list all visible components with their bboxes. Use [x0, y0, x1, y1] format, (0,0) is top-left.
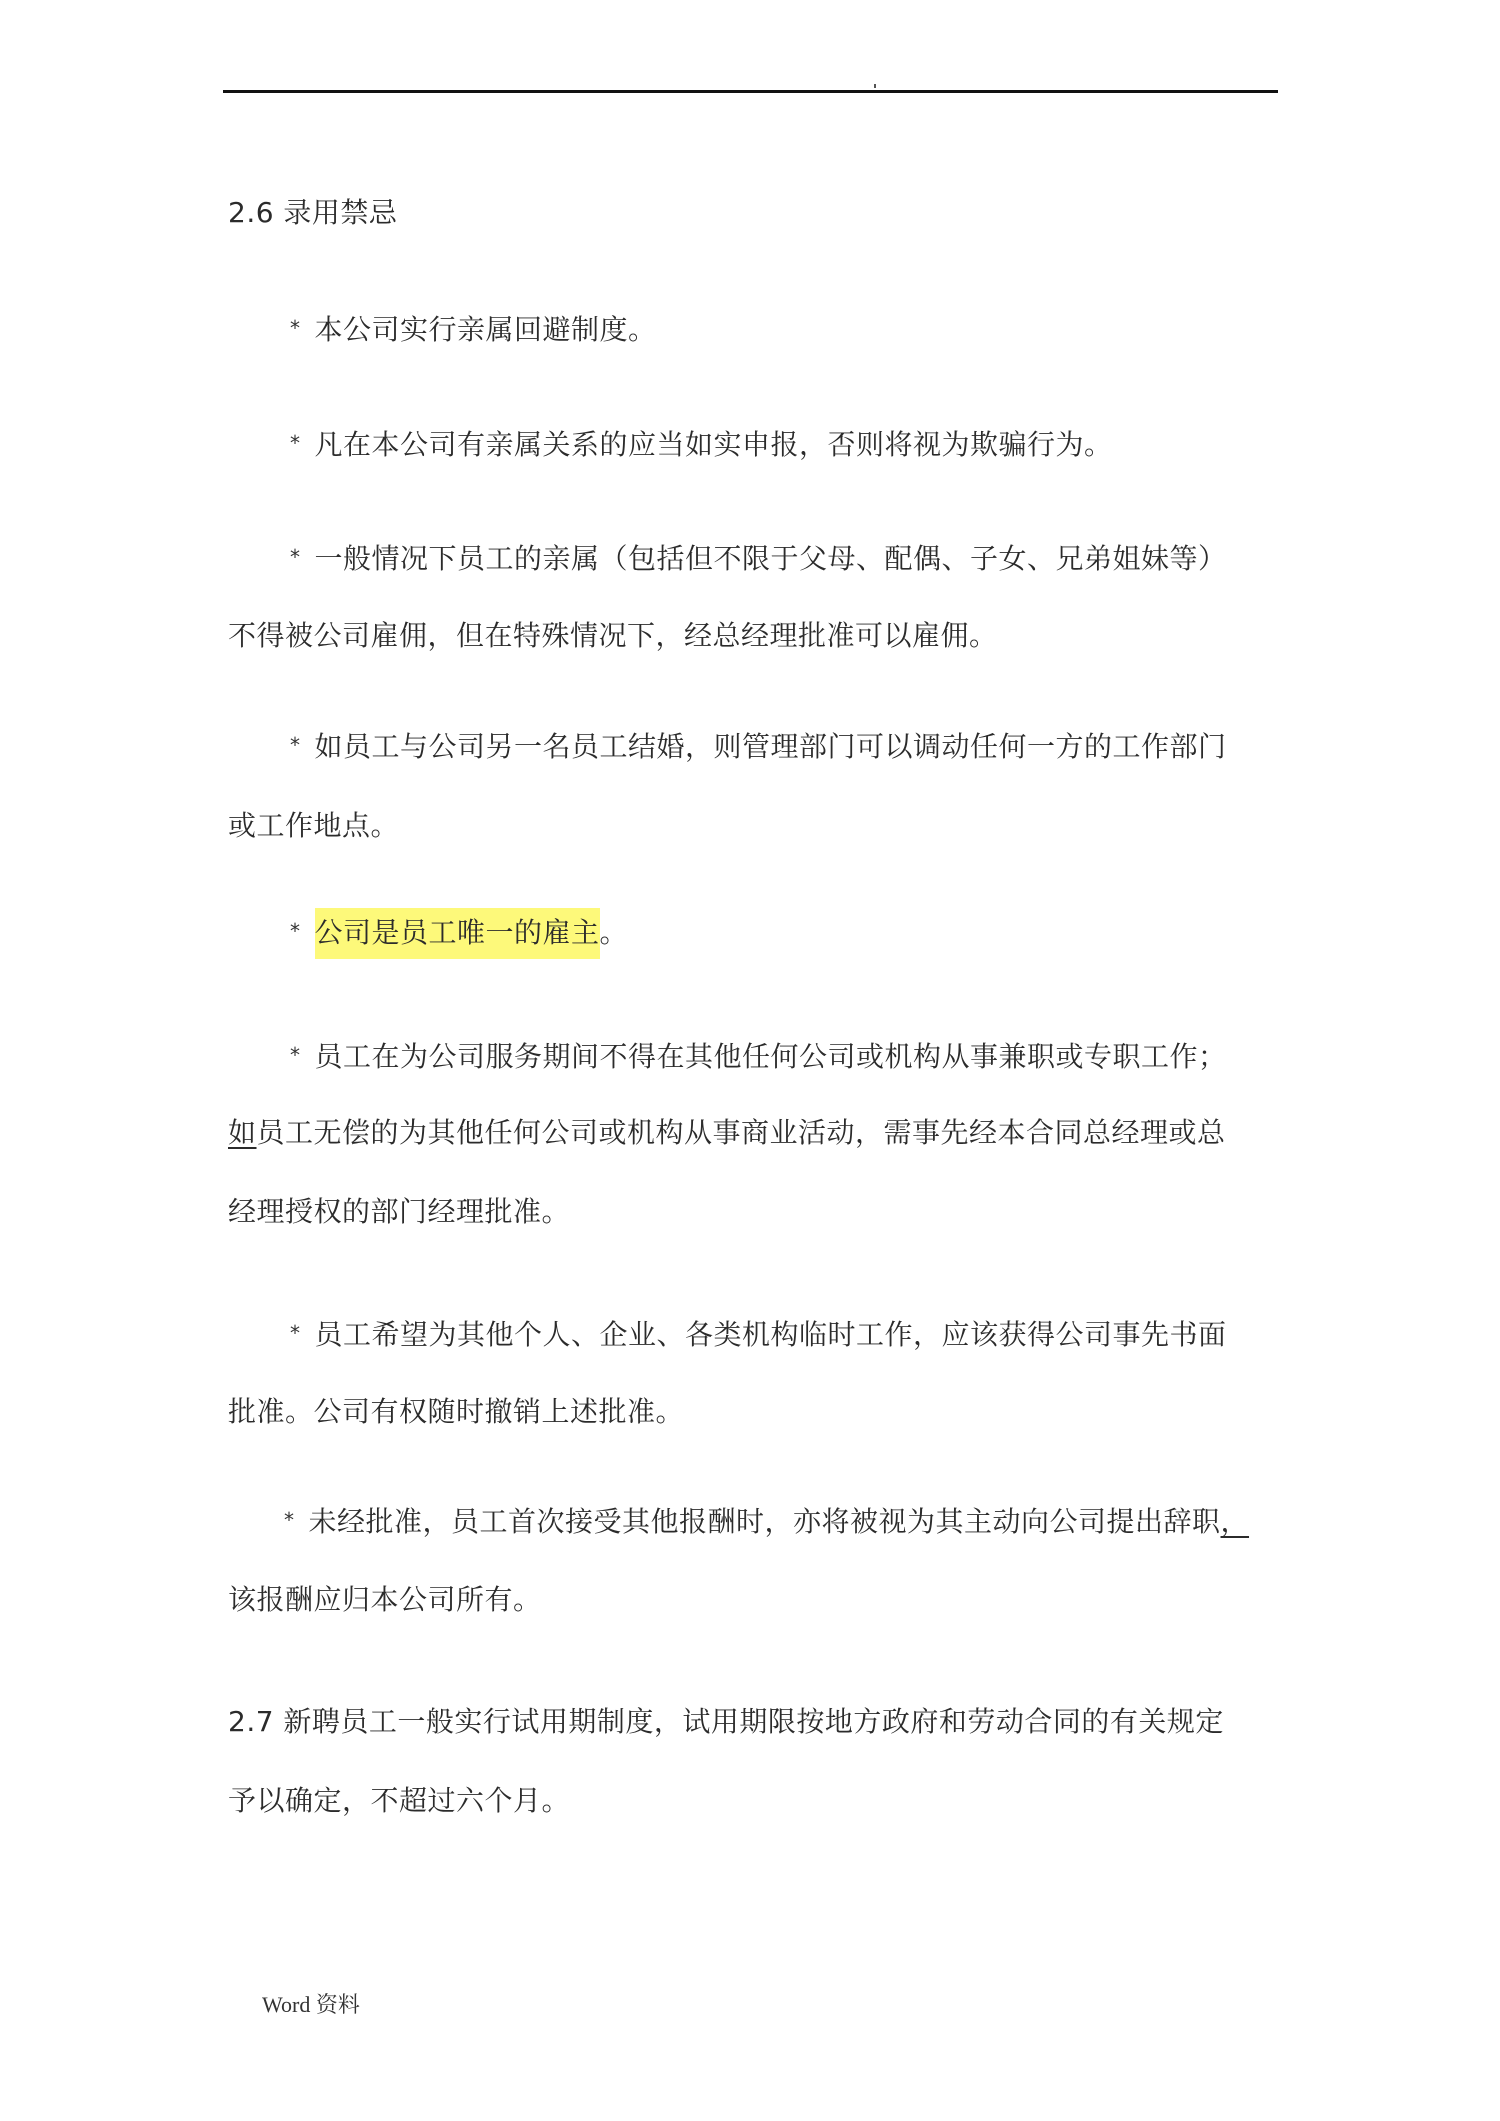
list-item: *未经批准，员工首次接受其他报酬时，亦将被视为其主动向公司提出辞职， [284, 1502, 1249, 1540]
list-item-text: 员工无偿的为其他任何公司或机构从事商业活动，需事先经本合同总经理或总 [257, 1116, 1226, 1149]
list-item-continuation: 或工作地点。 [228, 808, 399, 844]
header-dot [874, 84, 876, 88]
bullet-star-icon: * [290, 425, 301, 461]
list-item-text: 凡在本公司有亲属关系的应当如实申报，否则将视为欺骗行为。 [315, 428, 1113, 461]
footer-label: Word 资料 [262, 1988, 360, 2019]
highlighted-text[interactable]: 公司是员工唯一的雇主 [315, 908, 600, 959]
underlined-comma: ， [1221, 1505, 1250, 1538]
list-item: *一般情况下员工的亲属（包括但不限于父母、配偶、子女、兄弟姐妹等） [290, 539, 1227, 577]
list-item: *如员工与公司另一名员工结婚，则管理部门可以调动任何一方的工作部门 [290, 727, 1227, 765]
bullet-star-icon: * [284, 1502, 295, 1538]
list-item-text: 如员工与公司另一名员工结婚，则管理部门可以调动任何一方的工作部门 [315, 730, 1227, 763]
bullet-star-icon: * [290, 1037, 301, 1073]
bullet-star-icon: * [290, 310, 301, 346]
list-item-continuation: 批准。公司有权随时撤销上述批准。 [228, 1394, 684, 1430]
list-item-continuation: 如员工无偿的为其他任何公司或机构从事商业活动，需事先经本合同总经理或总 [228, 1115, 1226, 1151]
list-item-continuation: 该报酬应归本公司所有。 [228, 1582, 542, 1618]
underlined-char: 如 [228, 1116, 257, 1149]
list-item-text: 员工希望为其他个人、企业、各类机构临时工作，应该获得公司事先书面 [315, 1318, 1227, 1351]
bullet-star-icon: * [290, 1315, 301, 1351]
bullet-star-icon: * [290, 727, 301, 763]
bullet-star-icon: * [290, 913, 301, 949]
section-2-7-paragraph: 2.7 新聘员工一般实行试用期制度，试用期限按地方政府和劳动合同的有关规定 [228, 1704, 1224, 1740]
list-item: *本公司实行亲属回避制度。 [290, 310, 657, 348]
list-item: *员工希望为其他个人、企业、各类机构临时工作，应该获得公司事先书面 [290, 1315, 1227, 1353]
document-page: 2.6 录用禁忌 *本公司实行亲属回避制度。 *凡在本公司有亲属关系的应当如实申… [0, 0, 1500, 2121]
list-item: *凡在本公司有亲属关系的应当如实申报，否则将视为欺骗行为。 [290, 425, 1113, 463]
list-item: *员工在为公司服务期间不得在其他任何公司或机构从事兼职或专职工作； [290, 1037, 1227, 1075]
list-item-text: 一般情况下员工的亲属（包括但不限于父母、配偶、子女、兄弟姐妹等） [315, 542, 1227, 575]
bullet-star-icon: * [290, 539, 301, 575]
list-item-text: 本公司实行亲属回避制度。 [315, 313, 657, 346]
section-2-7-continuation: 予以确定，不超过六个月。 [228, 1783, 570, 1819]
list-item-continuation: 经理授权的部门经理批准。 [228, 1194, 570, 1230]
section-heading-2-6: 2.6 录用禁忌 [228, 195, 397, 231]
list-item-highlighted: *公司是员工唯一的雇主。 [290, 913, 628, 951]
list-item-text: 员工在为公司服务期间不得在其他任何公司或机构从事兼职或专职工作； [315, 1040, 1227, 1073]
period: 。 [600, 916, 629, 949]
list-item-text: 未经批准，员工首次接受其他报酬时，亦将被视为其主动向公司提出辞职 [309, 1505, 1221, 1538]
list-item-continuation: 不得被公司雇佣，但在特殊情况下，经总经理批准可以雇佣。 [228, 618, 998, 654]
header-rule [223, 90, 1278, 93]
